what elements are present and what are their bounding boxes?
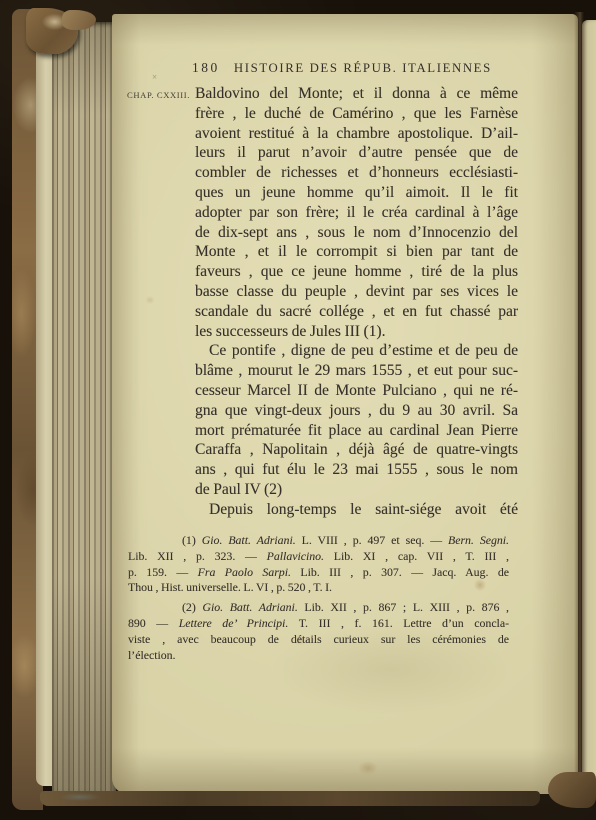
body-line: Depuis long-temps le saint-siége avoit é… [195, 500, 518, 520]
photo-backdrop: 180 HISTOIRE DES RÉPUB. ITALIENNES × CHA… [0, 0, 596, 820]
footnote: (2) Gio. Batt. Adriani. Lib. XII , p. 86… [128, 600, 509, 663]
footnote-text: viste , avec beaucoup de détails curieux… [128, 632, 509, 646]
body-line: avoient restitué à la chambre apostoliqu… [195, 124, 518, 144]
footnote-text: Thou , Hist. universelle. L. VI , p. 520… [128, 580, 332, 594]
footnote-text: L. VIII , p. 497 et seq. — [296, 533, 448, 547]
page-number: 180 [192, 60, 220, 76]
body-line: les successeurs de Jules III (1). [195, 322, 518, 342]
body-line: Caraffa , Napolitain , déjà âgé de quatr… [195, 440, 518, 460]
body-line: combler de richesses et d’honneurs ecclé… [195, 163, 518, 183]
running-title: HISTOIRE DES RÉPUB. ITALIENNES [220, 61, 532, 76]
footnote-text: (2) [182, 600, 202, 614]
body-line: ans , qui fut élu le 23 mai 1555 , sous … [195, 460, 518, 480]
footnote-line: p. 159. — Fra Paolo Sarpi. Lib. III , p.… [128, 565, 509, 581]
body-line: mort prématurée fit place au cardinal Je… [195, 421, 518, 441]
book-page: 180 HISTOIRE DES RÉPUB. ITALIENNES × CHA… [112, 14, 578, 794]
footnote-text: (1) [182, 533, 202, 547]
footnote-text: p. 159. — [128, 565, 198, 579]
citation-title: Pallavicino. [267, 549, 324, 563]
running-head: 180 HISTOIRE DES RÉPUB. ITALIENNES [192, 60, 532, 76]
body-line: adopter par son frère; il le créa cardin… [195, 203, 518, 223]
footnote-line: (2) Gio. Batt. Adriani. Lib. XII , p. 86… [128, 600, 509, 616]
chapter-margin-note: CHAP. CXXIII. [127, 90, 197, 100]
body-line: leurs il parut n’avoir d’autre pensée qu… [195, 143, 518, 163]
citation-title: Gio. Batt. Adriani. [202, 600, 297, 614]
footnote-text: Lib. XII , p. 867 ; L. XIII , p. 876 , [298, 600, 509, 614]
footnote-line: Lib. XII , p. 323. — Pallavicino. Lib. X… [128, 549, 509, 565]
body-line: cesseur Marcel II de Monte Pulciano , qu… [195, 381, 518, 401]
footnotes: (1) Gio. Batt. Adriani. L. VIII , p. 497… [128, 533, 509, 663]
body-line: blâme , mourut le 29 mars 1555 , et eut … [195, 361, 518, 381]
body-line: scandale du sacré collége , et en fut ch… [195, 302, 518, 322]
facing-page-sliver [582, 20, 596, 784]
footnote-line: viste , avec beaucoup de détails curieux… [128, 632, 509, 648]
body-line: ques un jeune homme qu’il aimoit. Il le … [195, 183, 518, 203]
citation-title: Lettere de’ Principi. [179, 616, 289, 630]
citation-title: Bern. Segni. [448, 533, 509, 547]
footnote-text: Lib. XII , p. 323. — [128, 549, 267, 563]
body-line: Monte , et il le corrompit si bien par t… [195, 242, 518, 262]
body-line: gna que vingt-deux jours , du 9 au 30 av… [195, 401, 518, 421]
footnote-line: l’élection. [128, 648, 509, 664]
body-line: basse classe du peuple , devint par ses … [195, 282, 518, 302]
footnote-line: 890 — Lettere de’ Principi. T. III , f. … [128, 616, 509, 632]
body-line: frère , le duché de Camérino , que les F… [195, 104, 518, 124]
book-bottom-edge [40, 791, 540, 806]
citation-title: Gio. Batt. Adriani. [202, 533, 296, 547]
body-line: faveurs , que ce jeune homme , tiré de l… [195, 262, 518, 282]
book-bottom-right-corner [548, 772, 596, 808]
footnote-line: (1) Gio. Batt. Adriani. L. VIII , p. 497… [128, 533, 509, 549]
body-line: Baldovino del Monte; et il donna à ce mê… [195, 84, 518, 104]
footnote-text: l’élection. [128, 648, 176, 662]
body-text: Baldovino del Monte; et il donna à ce mê… [195, 84, 518, 520]
footnote-text: Lib. XI , cap. VII , T. III , [324, 549, 509, 563]
footnote-text: T. III , f. 161. Lettre d’un concla- [288, 616, 509, 630]
citation-title: Fra Paolo Sarpi. [198, 565, 291, 579]
footnote-text: Lib. III , p. 307. — Jacq. Aug. de [291, 565, 509, 579]
footnote-text: 890 — [128, 616, 179, 630]
footnote-line: Thou , Hist. universelle. L. VI , p. 520… [128, 580, 509, 596]
body-line: Ce pontife , digne de peu d’estime et de… [195, 341, 518, 361]
body-line: de Paul IV (2) [195, 480, 518, 500]
stray-pen-mark: × [152, 72, 157, 82]
footnote: (1) Gio. Batt. Adriani. L. VIII , p. 497… [128, 533, 509, 596]
page-fore-edge-stack [52, 22, 116, 794]
body-line: de dix-sept ans , sous le nom d’Innocenz… [195, 223, 518, 243]
